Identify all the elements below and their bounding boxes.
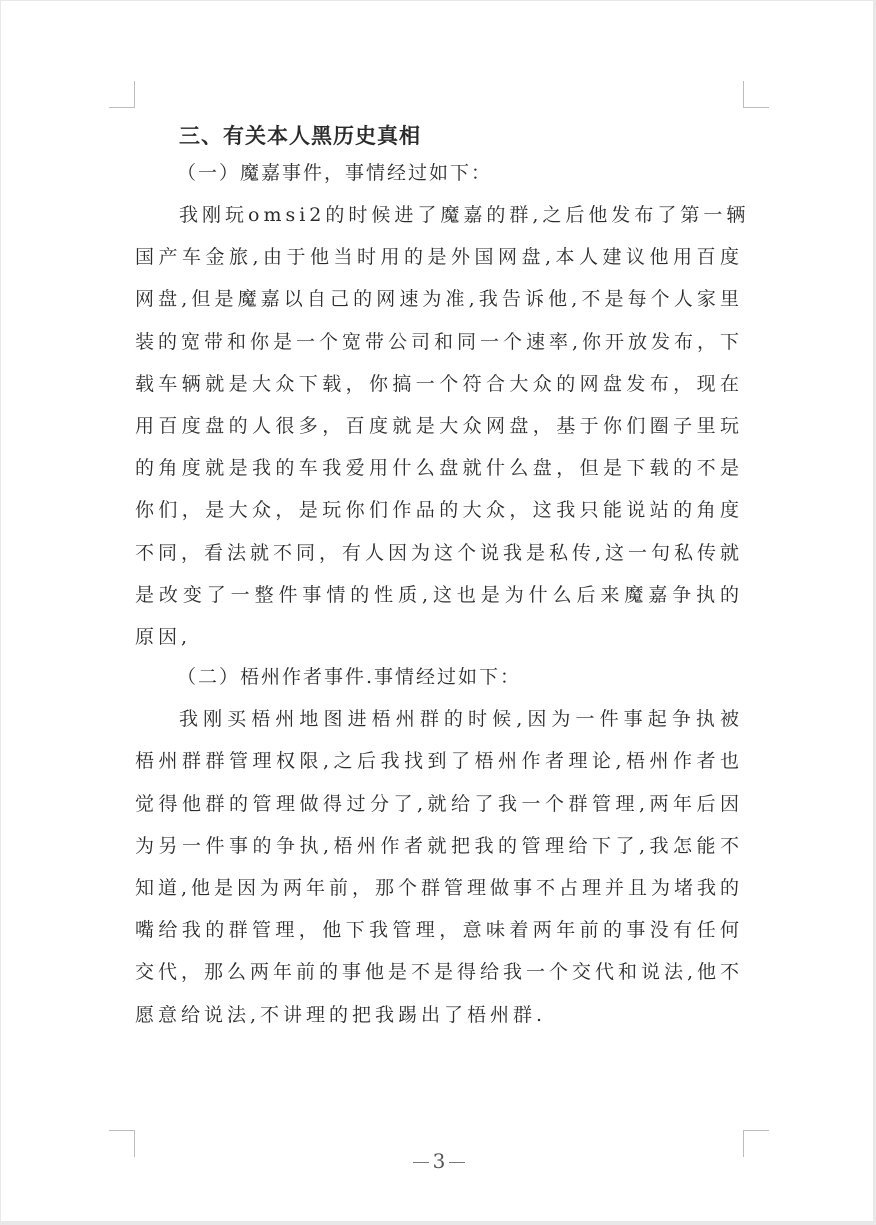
paragraph-line: 装的宽带和你是一个宽带公司和同一个速率,你开放发布，下 (135, 321, 743, 363)
page-number: 3 (433, 1149, 446, 1173)
page-number-footer: 3 (1, 1149, 876, 1173)
paragraph-line: 交代，那么两年前的事他是不是得给我一个交代和说法,他不 (135, 951, 743, 993)
paragraph-line: 网盘,但是魔嘉以自己的网速为准,我告诉他,不是每个人家里 (135, 278, 743, 320)
paragraph-line: 的角度就是我的车我爱用什么盘就什么盘，但是下载的不是 (135, 447, 743, 489)
page-number-dash-left (413, 1162, 429, 1163)
subsection-paragraph-1: 我刚玩omsi2的时候进了魔嘉的群,之后他发布了第一辆 国产车金旅,由于他当时用… (135, 194, 743, 658)
subsection-title-2: （二）梧州作者事件.事情经过如下： (177, 658, 743, 698)
paragraph-line: 你们，是大众，是玩你们作品的大众，这我只能说站的角度 (135, 489, 743, 531)
paragraph-line: 为另一件事的争执,梧州作者就把我的管理给下了,我怎能不 (135, 825, 743, 867)
paragraph-line: 我刚买梧州地图进梧州群的时候,因为一件事起争执被 (135, 698, 743, 740)
paragraph-line: 原因, (135, 616, 743, 658)
document-page: 三、有关本人黑历史真相 （一）魔嘉事件，事情经过如下： 我刚玩omsi2的时候进… (1, 1, 873, 1221)
paragraph-line: 是改变了一整件事情的性质,这也是为什么后来魔嘉争执的 (135, 574, 743, 616)
paragraph-line: 载车辆就是大众下载，你搞一个符合大众的网盘发布，现在 (135, 363, 743, 405)
subsection-paragraph-2: 我刚买梧州地图进梧州群的时候,因为一件事起争执被 梧州群群管理权限,之后我找到了… (135, 698, 743, 1036)
margin-corner-mark-top-left (109, 81, 135, 108)
subsection-title-1: （一）魔嘉事件，事情经过如下： (177, 154, 743, 194)
paragraph-line: 愿意给说法,不讲理的把我踢出了梧州群. (135, 994, 743, 1036)
section-heading: 三、有关本人黑历史真相 (179, 118, 743, 154)
page-number-dash-right (449, 1162, 465, 1163)
paragraph-line: 用百度盘的人很多，百度就是大众网盘，基于你们圈子里玩 (135, 405, 743, 447)
document-body: 三、有关本人黑历史真相 （一）魔嘉事件，事情经过如下： 我刚玩omsi2的时候进… (135, 118, 743, 1036)
paragraph-line: 嘴给我的群管理，他下我管理，意味着两年前的事没有任何 (135, 909, 743, 951)
paragraph-line: 不同，看法就不同，有人因为这个说我是私传,这一句私传就 (135, 532, 743, 574)
paragraph-line: 知道,他是因为两年前，那个群管理做事不占理并且为堵我的 (135, 867, 743, 909)
paragraph-line: 我刚玩omsi2的时候进了魔嘉的群,之后他发布了第一辆 (135, 194, 743, 236)
paragraph-line: 国产车金旅,由于他当时用的是外国网盘,本人建议他用百度 (135, 236, 743, 278)
paragraph-line: 梧州群群管理权限,之后我找到了梧州作者理论,梧州作者也 (135, 740, 743, 782)
margin-corner-mark-top-right (743, 81, 769, 108)
paragraph-line: 觉得他群的管理做得过分了,就给了我一个群管理,两年后因 (135, 783, 743, 825)
